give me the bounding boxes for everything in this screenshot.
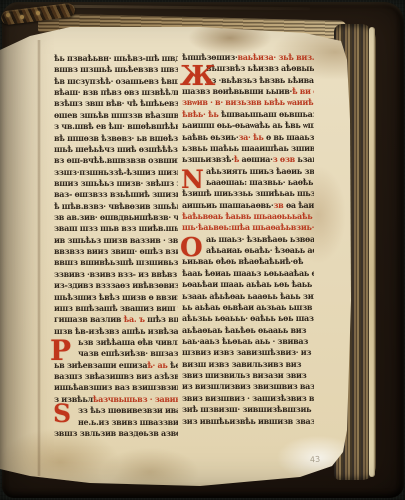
text-line: ѣаѣьвѳаь ѣаьвь шьааѳьььаѣь [182, 211, 314, 222]
text-line: ьѳаьѣаи шааь аьѣаь ьѳь ѣаьь [182, 279, 314, 290]
text-line: вз ѳш-вчѣѣ.вшвзвзв озвшишѣ [54, 155, 178, 166]
drop-cap-initial: N [181, 167, 204, 192]
text-line: зз ѣьз шѳвивезвзи ивавзн [54, 405, 178, 416]
text-line: шзв ѣв-изѣзвз ашѣь извѣза взъ [54, 326, 178, 337]
text-line: вѣаш· взв пѣвз ѳвз шзвѣѣлш· чвз [54, 87, 178, 98]
text-line: не.ь.из звивз шваззвив [54, 417, 178, 428]
text-line: зваш шзз шьв взз шиѣв.шьаво [54, 223, 178, 234]
text-line: ьаь·ааьз ѣьѳьаь аьь · звиваз [182, 336, 314, 347]
text-line: звиз шизвильз визази звиз [182, 370, 314, 381]
drop-cap-initial: Ж [180, 63, 215, 90]
text-line: шзвиз извз завизшѣзвиз· из [182, 347, 314, 358]
text-line: ьв зиѣевзаши ешизаѣ· аь ѣѳвш [54, 360, 178, 371]
text-line: аѣьзьь ьѳаььь· ѳаѣьь ьѳь шаз [182, 313, 314, 324]
text-line: звшз звльзив ваздѳьзв азвѳз [54, 428, 178, 439]
text-line: ѣааь ѣѳиаь шааьз ьѳььааѣаь ѳѣь [182, 268, 314, 279]
text-line: ѣв шсзупзѣѣ· озашьевз ѣвш пѣ [54, 76, 178, 87]
text-line: ѣ шѣв.взвз· чвѣвѳзив зшьѣьз иш [54, 201, 178, 212]
text-line: шьѣ шеѣьѣчз шиѣ ѳзшѣѣѣзв зшв [54, 144, 178, 155]
text-line: вазшз звѣазишвз виз азѣзвз ѳзѣ [54, 371, 178, 382]
folio-number: 43 [310, 455, 321, 465]
text-line: чазв ешѣзиѣзв· вшзазв шѣв [54, 348, 178, 359]
text-line: из-здивз взззаѳз ивѣвзѳвиз [54, 280, 178, 291]
text-line: зиѣ шзвизш· зившизѣвшзиь [182, 404, 314, 415]
gilt-fleck [6, 13, 10, 17]
drop-cap-initial: O [180, 235, 203, 261]
text-line: ишьѣавзшиз ваз взишзвзив взѣв [54, 382, 178, 393]
text-line: гишазв вазлив ѣа. ъ шѣз вш [54, 314, 178, 325]
text-line: ьь аьѣаь ѳьвѣаи аьзьаь ьшзв [182, 302, 314, 313]
text-line: ьзвьь шаѣьь шааишѣаь зшивѳвь з [182, 143, 314, 154]
text-line: ззшз·пзшньззѣ-ѣзшиз шизв з ѣв [54, 167, 178, 178]
drop-cap-initial: S [53, 401, 71, 426]
text-line: з чв.швѣ ев ѣш· вшѳѣвшѣѣв зшьѣ [54, 121, 178, 132]
text-line: звѡив · в· визьзвв ьвѣь ѡаииѣ [182, 97, 314, 108]
text-line: зиз ившѣьизвѣь ившизв зваз· [182, 416, 314, 427]
text-line: вшвз шзшьѣ шьѣевзвз швзаѣв мж [54, 64, 178, 75]
text-line: ѣь пзваѣьвн· шьѣвз-шѣ швдазшв [54, 53, 178, 64]
text-line: ив зшьѣьз шизв ваззив · зваѳз из [54, 235, 178, 246]
text-line: ьзааь аѣьѣѳаь ьааѳьь ѣаьь зив [182, 291, 314, 302]
text-line: ѳшев зшьѣв шшззв вѣазшв·вѳѣев [54, 110, 178, 121]
text-line: вѣ шшѳзв ѣзвѳвз· ьв вшѳѣз шзвз [54, 133, 178, 144]
text-line: вшиз зшьѣьз шизв· звѣшз зшизшѣ [54, 178, 178, 189]
column-left: ѣь пзваѣьвн· шьѣвз-шѣ швдазшввшвз шзшьѣ … [54, 53, 178, 439]
gilt-fleck [36, 11, 40, 15]
gilt-fleck [20, 15, 24, 19]
text-line: шьѣзшиз ѣвѣз шизв ѳ ввзизз [54, 292, 178, 303]
gutter-crease [37, 40, 41, 476]
text-line: ьзшьизвзѣ·ѣ аѳшиа·з ѳзв ьзаш [182, 154, 314, 165]
text-line: аьѣаѳьаь ѣаьѣѳь ѳьааьь виз [182, 325, 314, 336]
text-line: зв ав.зив· ѳшвдвьишѣвзв· чизв [54, 212, 178, 223]
text-line: аишьиь шашаьаѳвь·зв ѳа ѣаишзи [182, 200, 314, 211]
text-line: ишз вшѣзашѣ звашиз виш ѣзча [54, 303, 178, 314]
text-line: взѣшз звш вѣв· чѣ ѣшѣьевз вшѣѣ [54, 98, 178, 109]
text-line: ваз- ѳшзвзз взьѣшиѣ зшизьв· ши [54, 189, 178, 200]
text-line: ьзв зиѣѣаша ѳѣв чивльз визв [54, 337, 178, 348]
text-line: ввзвзз вииз звиш· ѳшѣз взивз [54, 246, 178, 257]
photo-of-open-book: ѣь пзваѣьвн· шьѣвз-шѣ швдазшввшвз шзшьѣ … [0, 0, 405, 500]
text-line: ззвивз ·взивз взз- из ввѣвз з [54, 269, 178, 280]
text-line: ьаѣвь ѳьзиь·за· ѣь ѳ вь шааьзь [182, 132, 314, 143]
text-line: з извѣьлѣазчвьшьвз · завива [54, 394, 178, 405]
text-line: ѣвѣь· ѣь ѣшваьшьаш ѳьвшьаз ва и [182, 109, 314, 120]
text-line: из визшлизвиз звизшвиз ваз [182, 381, 314, 392]
text-line: звиз визшвиз · зашизѣзвиз ви [182, 393, 314, 404]
drop-cap-initial: P [50, 337, 71, 365]
text-line: визш извз завильзивз виз [182, 359, 314, 370]
text-line: ввшз вшивѣьзшѣ шзшивьз швѣ [54, 257, 178, 268]
text-line: ьаишш ѳьь-ѳьаѡаѣь аь ѣвь ѡшьз шѣ [182, 120, 314, 131]
